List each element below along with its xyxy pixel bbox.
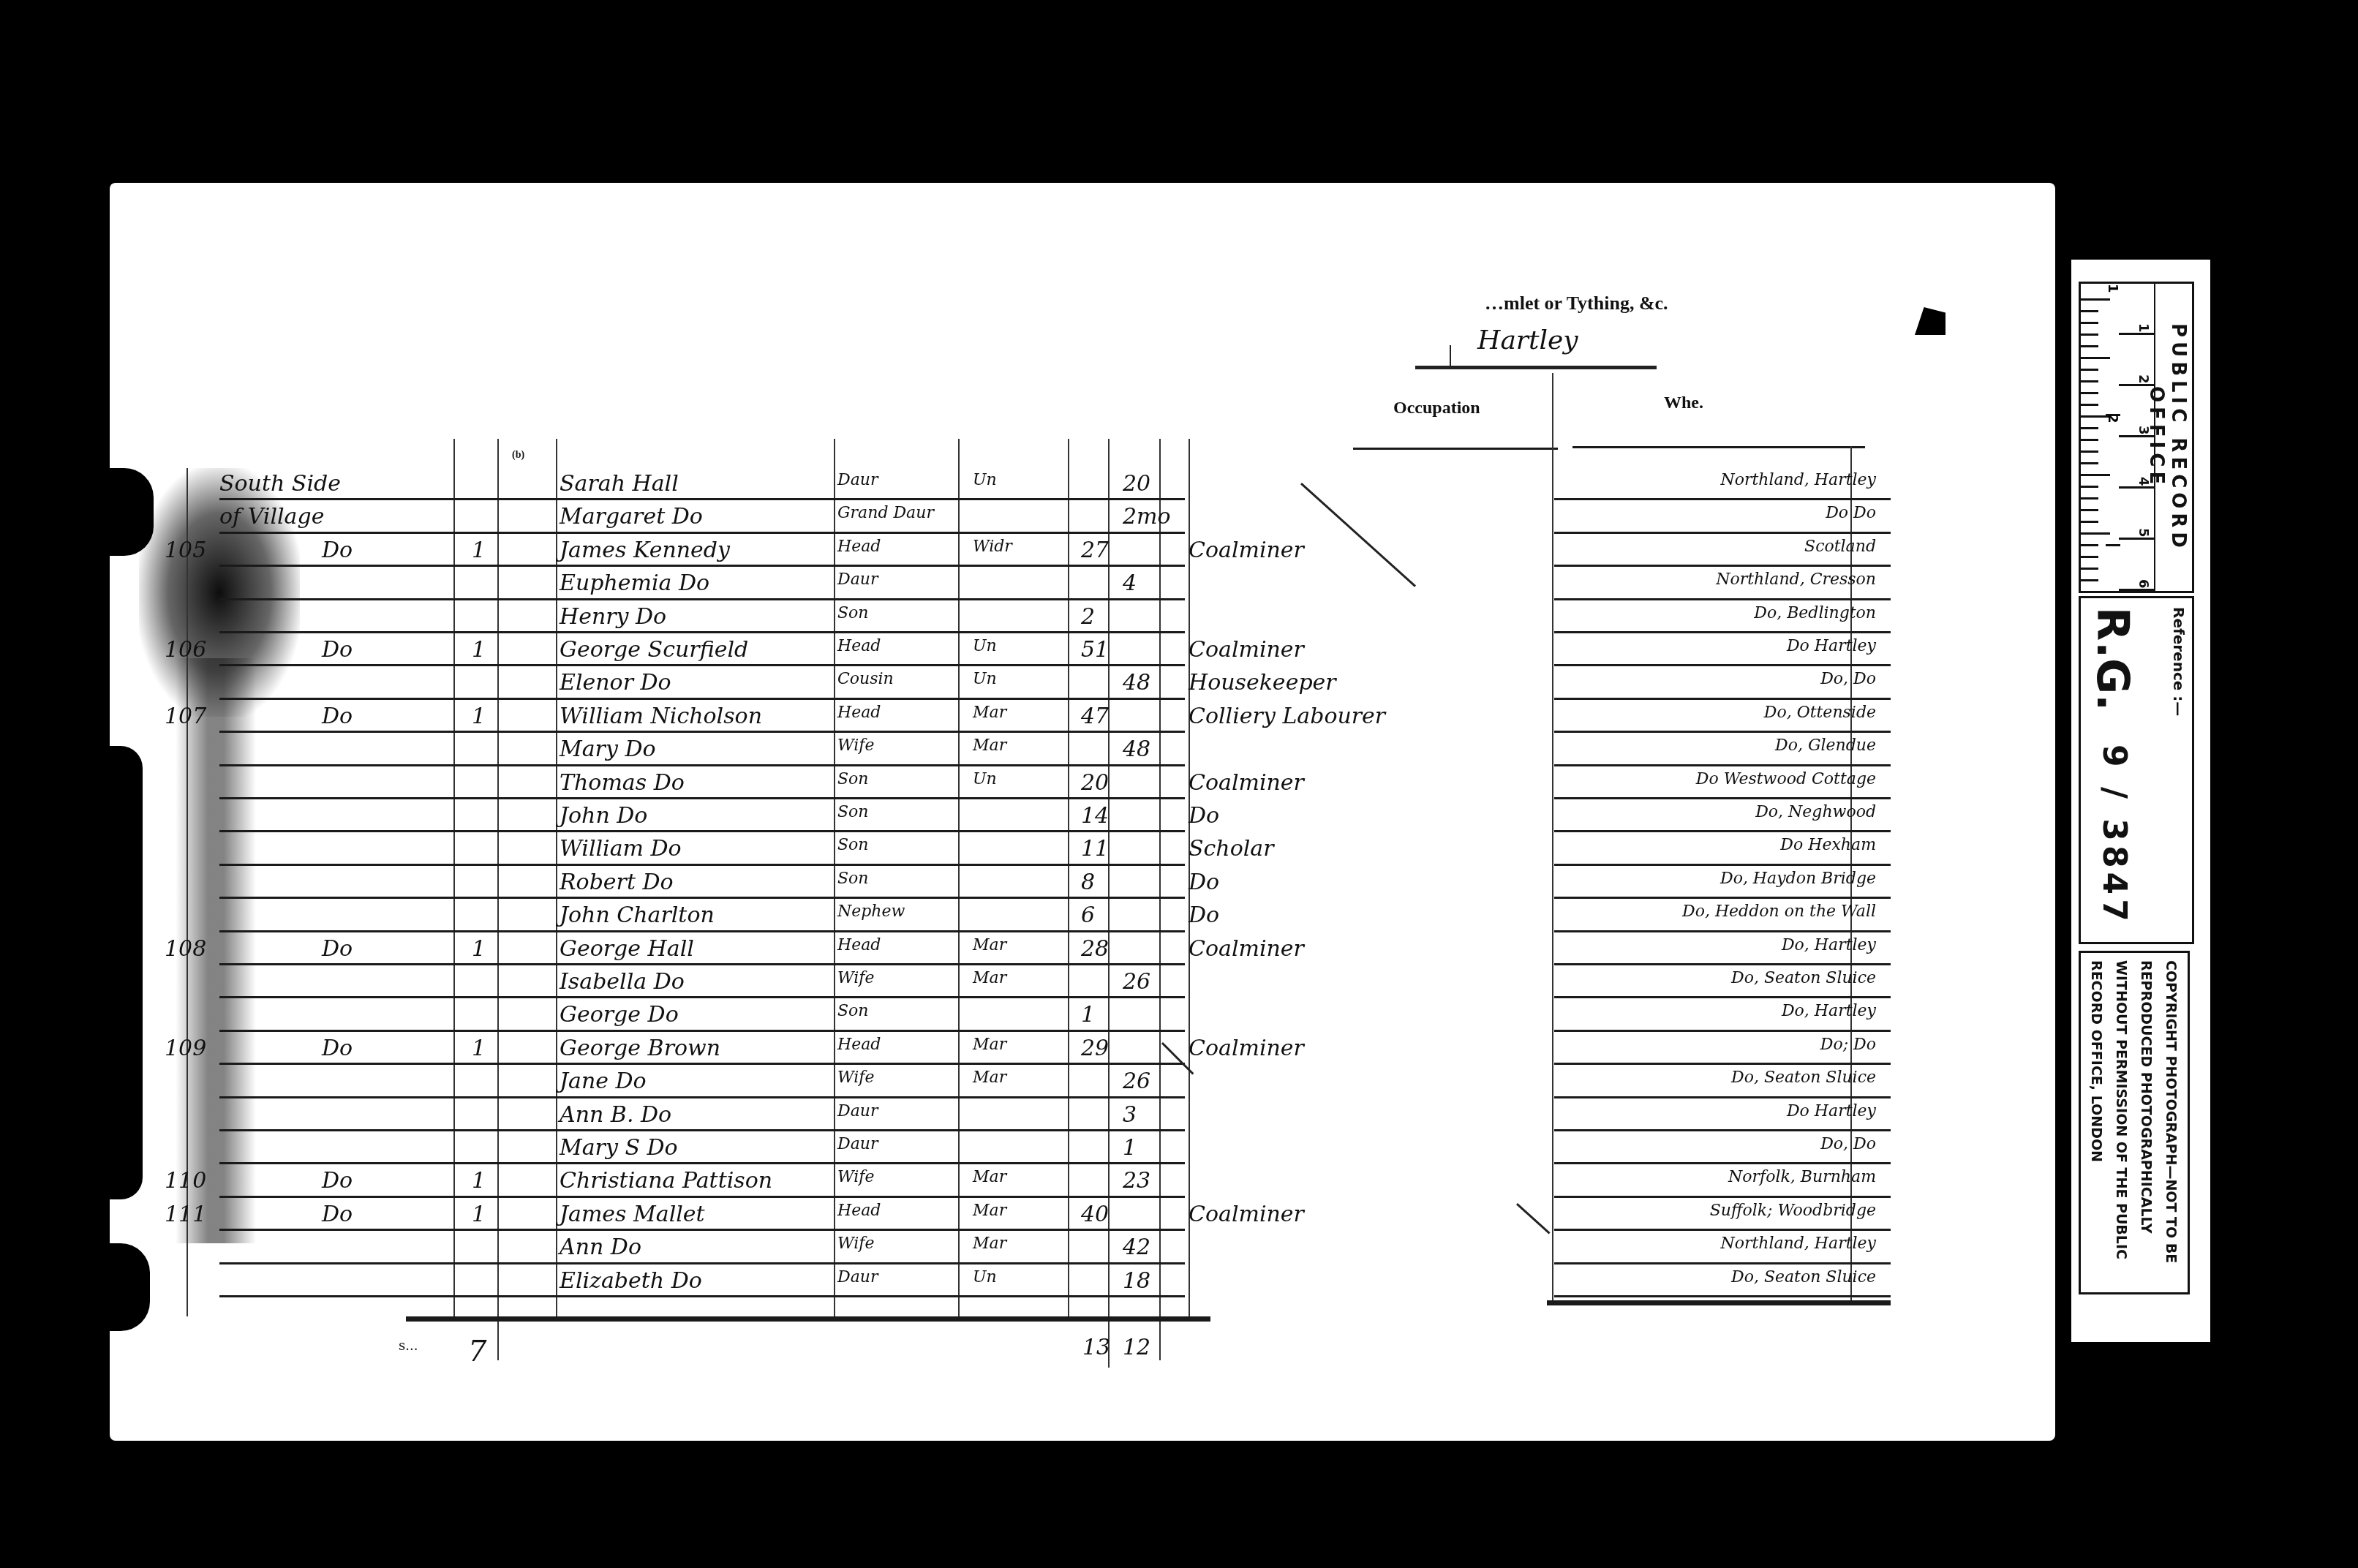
cell-age-m: 27 [1081,538,1109,563]
row-rule [1554,1295,1891,1297]
ruler-tick [2081,497,2098,500]
cell-name: George Do [560,1002,679,1028]
ruler-tick [2081,509,2098,511]
cell-schedule: 108 [165,936,206,962]
cell-name: John Charlton [560,902,715,928]
reference-box: Reference :— R.G. 9 / 3847 [2079,596,2194,944]
ruler-tick [2081,333,2098,336]
cell-born: Northland, Hartley [1569,471,1876,489]
cell-age-f: 20 [1123,471,1150,497]
cell-born: Do, Seaton Sluice [1569,969,1876,987]
ruler-tick [2081,591,2110,593]
ruler-tick [2081,486,2098,488]
cell-age-f: 3 [1123,1102,1137,1128]
cell-age-m: 20 [1081,770,1109,796]
cell-street: Do [322,1202,353,1227]
row-rule [219,963,1185,965]
cell-age-f: 18 [1123,1268,1150,1294]
ruler-tick [2081,439,2098,441]
hamlet-label: …mlet or Tything, &c. [1485,293,1668,314]
row-rule [219,1229,1185,1231]
row-rule [219,731,1185,733]
row-rule [1554,764,1891,766]
cell-name: Ann Do [560,1235,641,1260]
cell-street: Do [322,1168,353,1194]
ruler-tick [2081,544,2098,546]
cell-age-f: 1 [1123,1135,1137,1161]
reference-label: Reference :— [2170,607,2188,716]
row-rule [1554,930,1891,932]
cell-name: Isabella Do [560,969,685,995]
row-rule [219,1262,1185,1264]
row-rule [219,1295,1185,1297]
cell-condition: Mar [973,1202,1006,1220]
totals-houses: 7 [468,1335,486,1368]
cell-condition: Mar [973,969,1006,987]
cell-condition: Mar [973,736,1006,755]
column-divider [834,439,835,1316]
cell-relation: Daur [837,570,878,589]
row-rule [219,1196,1185,1198]
cell-name: William Nicholson [560,704,762,729]
cell-born: Do; Do [1569,1036,1876,1054]
cell-name: Euphemia Do [560,570,709,596]
cell-born: Northland, Hartley [1569,1235,1876,1253]
cell-name: William Do [560,836,682,862]
totals-rule [406,1316,1210,1322]
cell-relation: Wife [837,1068,874,1087]
column-divider [556,439,557,1316]
ruler-tick [2081,427,2098,429]
cell-age-m: 11 [1081,836,1109,862]
cell-schedule: 110 [165,1168,206,1194]
margin-note: of Village [219,504,324,529]
cell-age-f: 26 [1123,1068,1150,1094]
cell-age-f: 42 [1123,1235,1150,1260]
row-rule [219,996,1185,998]
cell-age-m: 8 [1081,870,1095,895]
cell-born: Do, Glendue [1569,736,1876,755]
row-rule [219,498,1185,500]
row-rule [1554,797,1891,799]
cell-born: Do, Seaton Sluice [1569,1068,1876,1087]
cell-relation: Wife [837,736,874,755]
cell-relation: Head [837,538,881,556]
cell-occupation: Do [1189,902,1219,928]
cell-born: Do, Hartley [1569,936,1876,954]
row-rule [219,532,1185,534]
row-rule [219,930,1185,932]
series-code: R.G. [2087,607,2138,711]
cell-condition: Un [973,471,997,489]
row-rule [219,698,1185,700]
cell-name: Jane Do [560,1068,647,1094]
column-divider [1159,439,1161,1360]
cell-age-m: 14 [1081,803,1109,829]
cell-condition: Un [973,1268,997,1286]
cell-relation: Daur [837,471,878,489]
row-rule [1554,1129,1891,1131]
cell-born: Do, Seaton Sluice [1569,1268,1876,1286]
cell-condition: Mar [973,1168,1006,1186]
cell-age-f: 48 [1123,736,1150,762]
row-rule [1554,1229,1891,1231]
cell-occupation: Do [1189,870,1219,895]
ruler-tick [2081,392,2098,394]
cell-street: Do [322,538,353,563]
cell-born: Do, Neghwood [1569,803,1876,821]
cell-occupation: Coalminer [1189,538,1304,563]
totals-females: 12 [1123,1335,1150,1360]
row-rule [1554,1063,1891,1065]
cell-condition: Mar [973,1235,1006,1253]
cell-name: Robert Do [560,870,674,895]
cell-inhabited: 1 [472,1202,486,1227]
row-rule [1554,631,1891,633]
ruler-tick [2081,322,2098,324]
cell-relation: Son [837,870,869,888]
row-rule [219,1063,1185,1065]
cell-occupation: Coalminer [1189,637,1304,663]
cell-relation: Cousin [837,670,894,688]
cell-name: Ann B. Do [560,1102,671,1128]
cell-name: George Scurfield [560,637,748,663]
col-b-header: (b) [512,450,524,461]
torn-edge [110,1243,150,1331]
occupation-header: Occupation [1393,399,1480,418]
cell-age-m: 40 [1081,1202,1109,1227]
cell-inhabited: 1 [472,1036,486,1061]
totals-males: 13 [1082,1335,1110,1360]
cell-born: Do, Hartley [1569,1002,1876,1020]
cell-age-f: 2mo [1123,504,1171,529]
cell-age-m: 6 [1081,902,1095,928]
cell-born: Do Do [1569,504,1876,522]
row-rule [1554,864,1891,866]
cell-age-f: 48 [1123,670,1150,696]
cell-born: Norfolk, Burnham [1569,1168,1876,1186]
column-divider [453,439,455,1316]
row-rule [1554,830,1891,832]
cell-name: James Kennedy [560,538,730,563]
cell-condition: Mar [973,1068,1006,1087]
cell-street: Do [322,704,353,729]
cell-relation: Wife [837,969,874,987]
row-rule [219,1129,1185,1131]
row-rule [219,664,1185,666]
row-rule [219,830,1185,832]
cell-relation: Son [837,770,869,788]
column-divider [497,439,499,1360]
cell-condition: Mar [973,704,1006,722]
cell-condition: Un [973,637,997,655]
office-title: PUBLIC RECORD OFFICE [2145,284,2189,591]
cell-name: James Mallet [560,1202,705,1227]
cell-name: George Brown [560,1036,720,1061]
cell-relation: Head [837,704,881,722]
cell-born: Do Hexham [1569,836,1876,854]
ruler-tick [2081,451,2098,453]
cell-born: Do Westwood Cottage [1569,770,1876,788]
cell-condition: Mar [973,1036,1006,1054]
cell-relation: Son [837,803,869,821]
torn-edge [110,468,154,556]
torn-edge [110,746,143,1199]
row-rule [1554,996,1891,998]
cell-born: Do, Ottenside [1569,704,1876,722]
row-rule [1554,565,1891,567]
cell-age-f: 23 [1123,1168,1150,1194]
cell-inhabited: 1 [472,637,486,663]
piece-number: 9 / 3847 [2095,745,2133,926]
cell-occupation: Coalminer [1189,770,1304,796]
row-rule [219,631,1185,633]
row-rule [1554,1096,1891,1098]
cell-occupation: Coalminer [1189,1036,1304,1061]
row-rule [219,598,1185,600]
cell-name: Margaret Do [560,504,703,529]
cell-occupation: Housekeeper [1189,670,1336,696]
row-rule [1554,498,1891,500]
cell-relation: Head [837,936,881,954]
cell-schedule: 111 [165,1202,206,1227]
reference-strip: 12345612 PUBLIC RECORD OFFICE Reference … [2071,260,2210,1342]
cell-relation: Nephew [837,902,905,921]
cell-inhabited: 1 [472,704,486,729]
cell-relation: Son [837,1002,869,1020]
row-rule [219,1162,1185,1164]
cell-street: Do [322,637,353,663]
row-rule [219,565,1185,567]
cell-born: Do, Do [1569,670,1876,688]
cell-age-f: 26 [1123,969,1150,995]
copyright-notice: COPYRIGHT PHOTOGRAPH—NOT TO BE REPRODUCE… [2079,951,2190,1294]
totals-rule [1547,1300,1891,1305]
divider [1450,345,1451,367]
row-rule [1554,664,1891,666]
cell-street: Do [322,1036,353,1061]
ruler-tick [2081,521,2098,523]
row-rule [219,1030,1185,1032]
cell-schedule: 109 [165,1036,206,1061]
column-divider [958,439,960,1316]
margin-note: South Side [219,471,341,497]
cell-age-f: 4 [1123,570,1137,596]
cell-condition: Mar [973,936,1006,954]
cell-name: John Do [560,803,647,829]
cell-name: Elizabeth Do [560,1268,702,1294]
cell-age-m: 47 [1081,704,1109,729]
cell-occupation: Scholar [1189,836,1274,862]
ruler-tick [2081,579,2098,581]
cell-age-m: 28 [1081,936,1109,962]
cell-born: Do Hartley [1569,637,1876,655]
cell-age-m: 51 [1081,637,1109,663]
measurement-ruler: 12345612 PUBLIC RECORD OFFICE [2079,282,2194,593]
column-divider [1068,439,1069,1316]
divider [1552,373,1553,1302]
cell-relation: Head [837,1202,881,1220]
cell-name: Elenor Do [560,670,671,696]
row-rule [1554,1196,1891,1198]
cell-street: Do [322,936,353,962]
cell-relation: Head [837,637,881,655]
row-rule [1554,1030,1891,1032]
cell-condition: Un [973,770,997,788]
cell-condition: Widr [973,538,1012,556]
cell-born: Scotland [1569,538,1876,556]
row-rule [1554,698,1891,700]
row-rule [219,1096,1185,1098]
row-rule [1554,1262,1891,1264]
occupation-header-rule [1353,448,1558,450]
cell-inhabited: 1 [472,936,486,962]
row-rule [1554,532,1891,534]
cell-condition: Un [973,670,997,688]
cell-relation: Daur [837,1268,878,1286]
ruler-tick [2081,380,2098,382]
cell-born: Do, Haydon Bridge [1569,870,1876,888]
cell-relation: Wife [837,1235,874,1253]
hamlet-value: Hartley [1477,325,1578,355]
cell-born: Do, Heddon on the Wall [1569,902,1876,921]
cell-relation: Grand Daur [837,504,934,522]
cell-occupation: Coalminer [1189,1202,1304,1227]
row-rule [219,864,1185,866]
birthplace-header-rule [1572,446,1865,448]
cell-born: Northland, Cresson [1569,570,1876,589]
cell-occupation: Coalminer [1189,936,1304,962]
ruler-scale: 12345612 [2081,284,2155,591]
divider [1415,366,1657,369]
cell-occupation: Colliery Labourer [1189,704,1385,729]
cell-name: Thomas Do [560,770,685,796]
cell-schedule: 107 [165,704,206,729]
row-rule [1554,1162,1891,1164]
ruler-tick [2081,568,2098,570]
ruler-tick [2081,462,2098,464]
ruler-tick [2081,369,2098,371]
row-rule [219,897,1185,899]
cell-born: Do Hartley [1569,1102,1876,1120]
cell-relation: Head [837,1036,881,1054]
cell-relation: Son [837,836,869,854]
birthplace-header: Whe. [1664,393,1703,413]
cell-name: Henry Do [560,604,666,630]
ruler-inch-mark: 2 [2106,414,2120,546]
ruler-tick [2081,556,2098,558]
cell-born: Suffolk; Woodbridge [1569,1202,1876,1220]
cell-age-m: 2 [1081,604,1095,630]
ruler-tick [2081,404,2098,406]
totals-houses-label: s... [399,1338,418,1354]
cell-name: George Hall [560,936,694,962]
row-rule [1554,897,1891,899]
cell-relation: Son [837,604,869,622]
ruler-inch-mark: 1 [2106,284,2120,416]
cell-age-m: 1 [1081,1002,1095,1028]
cell-schedule: 105 [165,538,206,563]
row-rule [219,797,1185,799]
row-rule [1554,963,1891,965]
cell-inhabited: 1 [472,1168,486,1194]
cell-born: Do, Do [1569,1135,1876,1153]
row-rule [219,764,1185,766]
cell-schedule: 106 [165,637,206,663]
row-rule [1554,731,1891,733]
ruler-tick [2081,310,2098,312]
cell-inhabited: 1 [472,538,486,563]
cell-name: Mary S Do [560,1135,678,1161]
cell-name: Sarah Hall [560,471,679,497]
cell-relation: Wife [837,1168,874,1186]
cell-age-m: 29 [1081,1036,1109,1061]
cell-relation: Daur [837,1102,878,1120]
cell-born: Do, Bedlington [1569,604,1876,622]
cell-name: Christiana Pattison [560,1168,772,1194]
cell-relation: Daur [837,1135,878,1153]
cell-occupation: Do [1189,803,1219,829]
ruler-tick [2081,345,2098,347]
row-rule [1554,598,1891,600]
cell-name: Mary Do [560,736,656,762]
